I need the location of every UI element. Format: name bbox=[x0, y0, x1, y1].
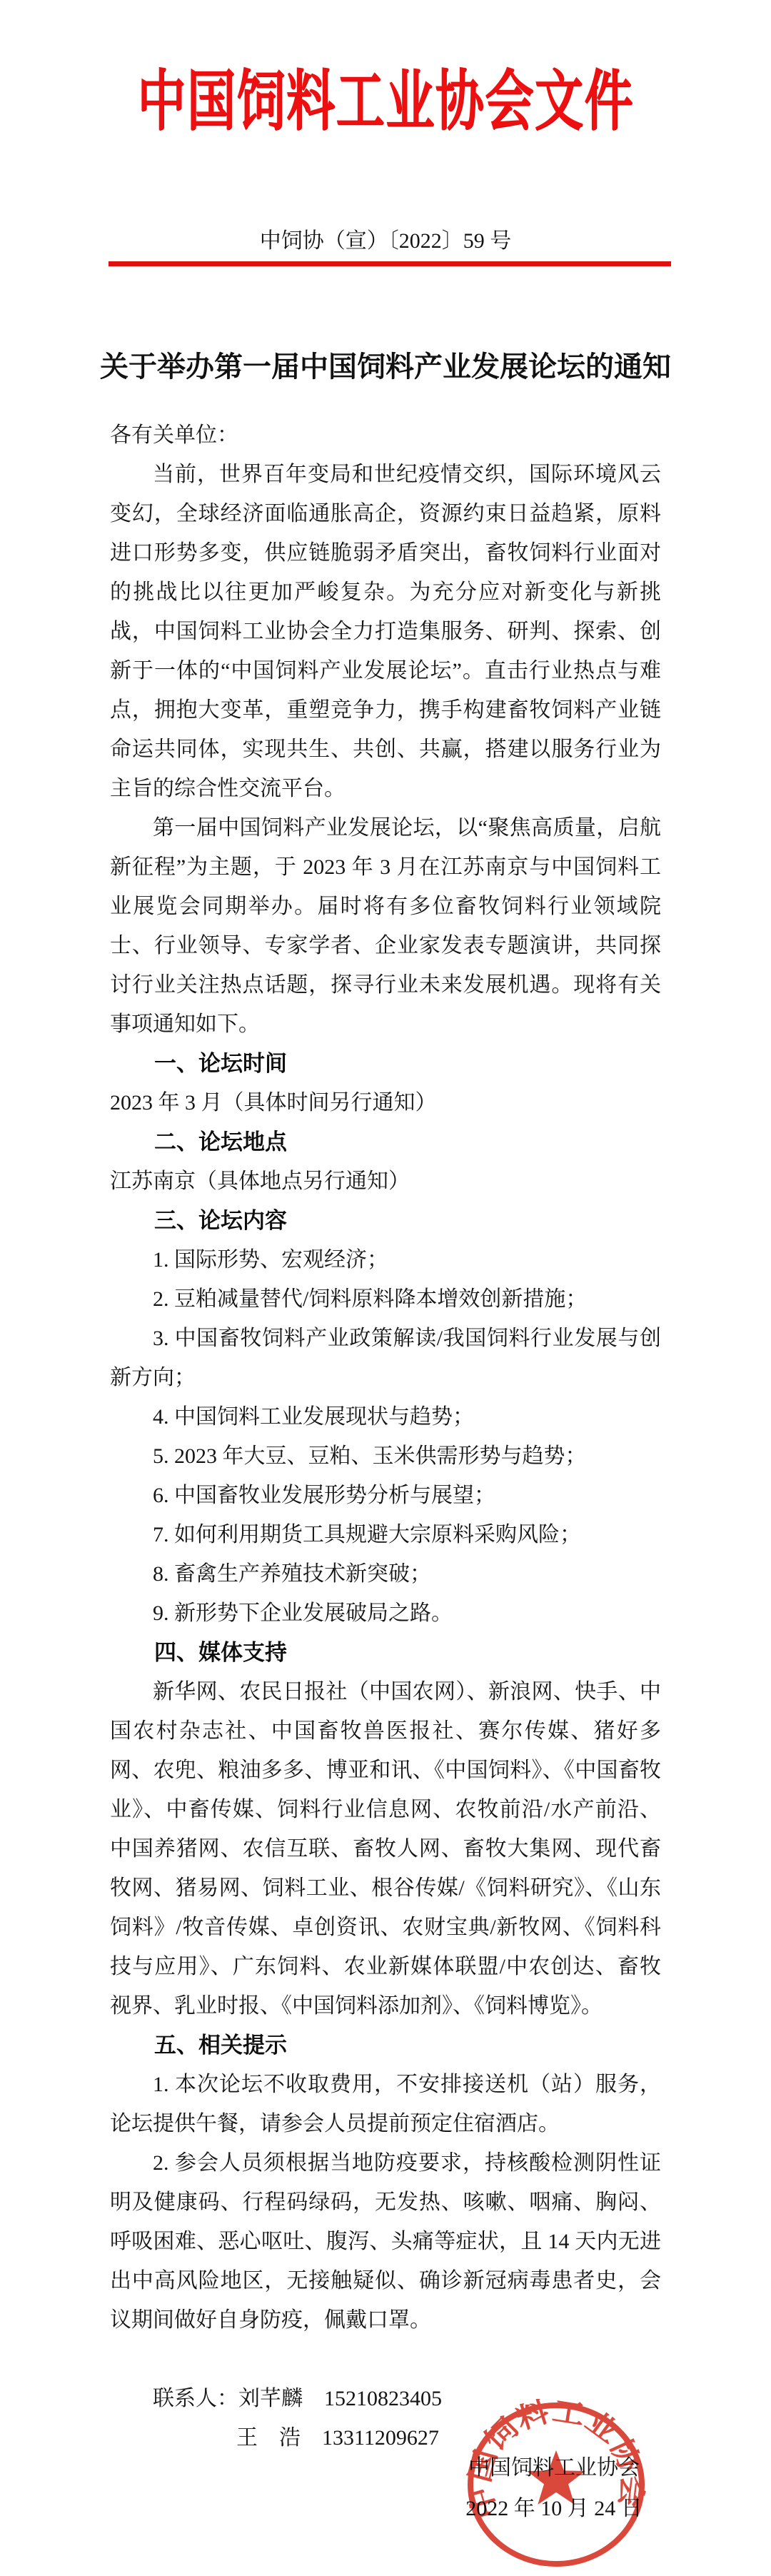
forum-location-value: 江苏南京（具体地点另行通知） bbox=[110, 1162, 661, 1201]
content-item-1: 1. 国际形势、宏观经济； bbox=[110, 1240, 661, 1279]
content-item-4: 4. 中国饲料工业发展现状与趋势； bbox=[110, 1397, 661, 1437]
intro-paragraph-1: 当前，世界百年变局和世纪疫情交织，国际环境风云变幻，全球经济面临通胀高企，资源约… bbox=[110, 455, 661, 808]
letterhead-divider-line bbox=[109, 261, 671, 266]
section-heading-forum-time: 一、论坛时间 bbox=[110, 1044, 661, 1083]
blank-line bbox=[110, 2340, 661, 2379]
document-number: 中饲协（宣）〔2022〕59 号 bbox=[0, 223, 771, 254]
content-item-2: 2. 豆粕减量替代/饲料原料降本增效创新措施； bbox=[110, 1279, 661, 1319]
intro-paragraph-2: 第一届中国饲料产业发展论坛，以“聚焦高质量，启航新征程”为主题，于 2023 年… bbox=[110, 808, 661, 1044]
content-item-5: 5. 2023 年大豆、豆粕、玉米供需形势与趋势； bbox=[110, 1437, 661, 1476]
official-document-page: 中国饲料工业协会文件 中饲协（宣）〔2022〕59 号 关于举办第一届中国饲料产… bbox=[0, 0, 771, 2576]
section-heading-forum-content: 三、论坛内容 bbox=[110, 1201, 661, 1240]
section-heading-forum-location: 二、论坛地点 bbox=[110, 1122, 661, 1162]
content-item-8: 8. 畜禽生产养殖技术新突破； bbox=[110, 1554, 661, 1594]
seal-star-icon bbox=[527, 2450, 585, 2505]
salutation: 各有关单位： bbox=[110, 416, 661, 455]
media-support-list: 新华网、农民日报社（中国农网）、新浪网、快手、中国农村杂志社、中国畜牧兽医报社、… bbox=[110, 1672, 661, 2026]
content-item-6: 6. 中国畜牧业发展形势分析与展望； bbox=[110, 1476, 661, 1515]
official-seal: 中国饲料工业协会 bbox=[464, 2399, 648, 2570]
content-item-9: 9. 新形势下企业发展破局之路。 bbox=[110, 1594, 661, 1633]
related-note-2: 2. 参会人员须根据当地防疫要求，持核酸检测阴性证明及健康码、行程码绿码，无发热… bbox=[110, 2143, 661, 2340]
content-item-3: 3. 中国畜牧饲料产业政策解读/我国饲料行业发展与创新方向； bbox=[110, 1319, 661, 1397]
section-heading-media-support: 四、媒体支持 bbox=[110, 1633, 661, 1672]
letterhead-org-title: 中国饲料工业协会文件 bbox=[100, 69, 670, 134]
forum-time-value: 2023 年 3 月（具体时间另行通知） bbox=[110, 1083, 661, 1122]
document-body: 各有关单位： 当前，世界百年变局和世纪疫情交织，国际环境风云变幻，全球经济面临通… bbox=[110, 416, 661, 2457]
section-heading-related-notes: 五、相关提示 bbox=[110, 2026, 661, 2065]
related-note-1: 1. 本次论坛不收取费用，不安排接送机（站）服务，论坛提供午餐，请参会人员提前预… bbox=[110, 2065, 661, 2143]
content-item-7: 7. 如何利用期货工具规避大宗原料采购风险； bbox=[110, 1515, 661, 1554]
document-title: 关于举办第一届中国饲料产业发展论坛的通知 bbox=[0, 344, 771, 385]
